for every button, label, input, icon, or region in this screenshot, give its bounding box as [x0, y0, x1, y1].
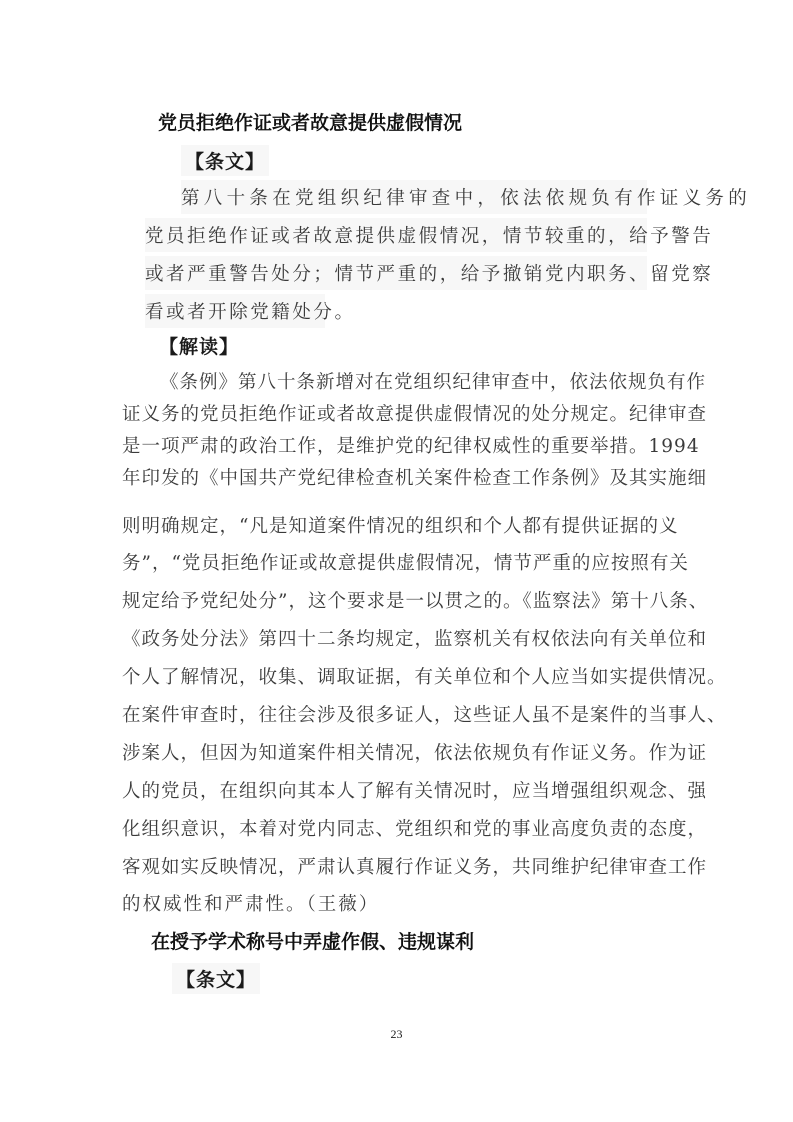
- interpretation-line: 证义务的党员拒绝作证或者故意提供虚假情况的处分规定。纪律审查: [122, 400, 672, 426]
- interpretation-line: 是一项严肃的政治工作，是维护党的纪律权威性的重要举措。1994: [122, 432, 672, 458]
- article-line: 第八十条在党组织纪律审查中，依法依规负有作证义务的: [181, 180, 647, 214]
- interpretation-line: 则明确规定，“凡是知道案件情况的组织和个人都有提供证据的义: [122, 512, 672, 538]
- interpretation-line: 涉案人，但因为知道案件相关情况，依法依规负有作证义务。作为证: [122, 739, 672, 765]
- interpretation-line: 人的党员，在组织向其本人了解有关情况时，应当增强组织观念、强: [122, 777, 672, 803]
- interpretation-line: 《政务处分法》第四十二条均规定，监察机关有权依法向有关单位和: [122, 625, 672, 651]
- article-line: 党员拒绝作证或者故意提供虚假情况，情节较重的，给予警告: [145, 218, 647, 252]
- article-line: 看或者开除党籍处分。: [145, 294, 325, 328]
- interpretation-label: 【解读】: [155, 330, 243, 361]
- interpretation-line: 年印发的《中国共产党纪律检查机关案件检查工作条例》及其实施细: [122, 464, 672, 490]
- interpretation-line: 的权威性和严肃性。（王薇）: [122, 890, 672, 916]
- interpretation-line: 化组织意识，本着对党内同志、党组织和党的事业高度负责的态度，: [122, 815, 672, 841]
- section-title: 党员拒绝作证或者故意提供虚假情况: [158, 108, 462, 135]
- page-number: 23: [0, 1027, 793, 1042]
- article-line: 或者严重警告处分；情节严重的，给予撤销党内职务、留党察: [145, 256, 647, 290]
- interpretation-line: 在案件审查时，往往会涉及很多证人，这些证人虽不是案件的当事人、: [122, 701, 672, 727]
- interpretation-line: 客观如实反映情况，严肃认真履行作证义务，共同维护纪律审查工作: [122, 853, 672, 879]
- interpretation-line: 个人了解情况，收集、调取证据，有关单位和个人应当如实提供情况。: [122, 663, 672, 689]
- interpretation-line: 规定给予党纪处分”，这个要求是一以贯之的。《监察法》第十八条、: [122, 587, 672, 613]
- article-label: 【条文】: [181, 145, 269, 176]
- interpretation-line: 《条例》第八十条新增对在党组织纪律审查中，依法依规负有作: [160, 368, 672, 394]
- document-page: 党员拒绝作证或者故意提供虚假情况 【条文】 第八十条在党组织纪律审查中，依法依规…: [0, 0, 793, 1122]
- article-label: 【条文】: [172, 963, 260, 994]
- interpretation-line: 务”，“党员拒绝作证或故意提供虚假情况，情节严重的应按照有关: [122, 549, 672, 575]
- section-title: 在授予学术称号中弄虚作假、违规谋利: [151, 927, 474, 954]
